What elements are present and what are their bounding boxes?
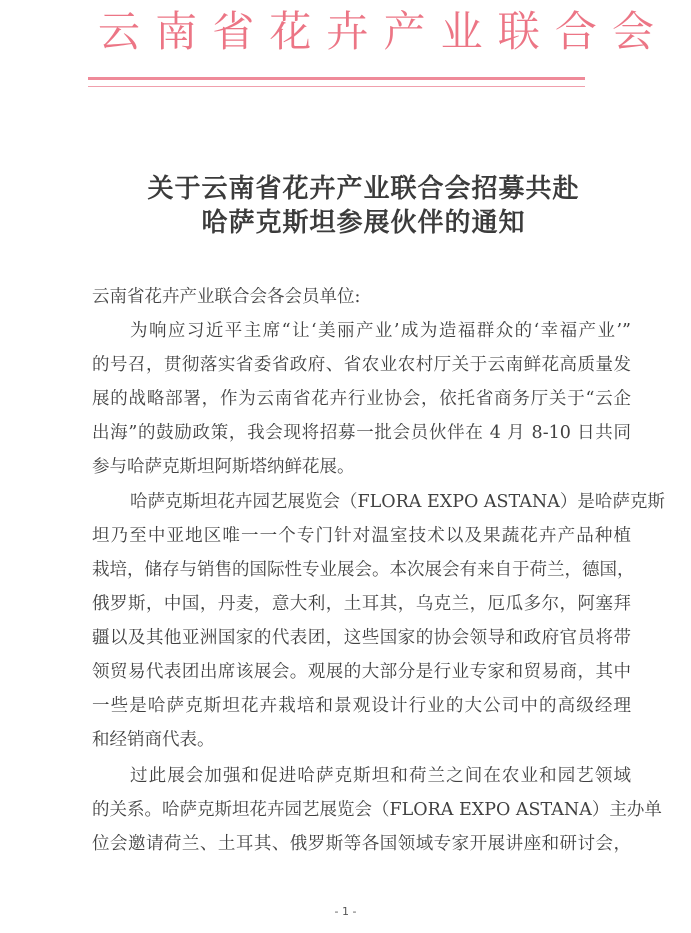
paragraph-1-line: 参与哈萨克斯坦阿斯塔纳鲜花展。 xyxy=(92,456,631,478)
paragraph-2-line: 疆以及其他亚洲国家的代表团，这些国家的协会领导和政府官员将带 xyxy=(92,627,631,649)
paragraph-1-line: 展的战略部署，作为云南省花卉行业协会，依托省商务厅关于“云企 xyxy=(92,388,631,410)
letterhead-char: 南 xyxy=(153,4,199,60)
letterhead-char: 会 xyxy=(610,4,656,60)
letterhead-char: 产 xyxy=(382,4,428,60)
paragraph-2-line: 一些是哈萨克斯坦花卉栽培和景观设计行业的大公司中的高级经理 xyxy=(92,695,631,717)
paragraph-3-line: 过此展会加强和促进哈萨克斯坦和荷兰之间在农业和园艺领域 xyxy=(130,765,631,787)
letterhead-char: 合 xyxy=(553,4,599,60)
paragraph-1-line: 的号召，贯彻落实省委省政府、省农业农村厅关于云南鲜花高质量发 xyxy=(92,354,631,376)
salutation: 云南省花卉产业联合会各会员单位: xyxy=(92,286,631,308)
document-title-line-2: 哈萨克斯坦参展伙伴的通知 xyxy=(0,202,691,239)
letterhead-char: 业 xyxy=(439,4,485,60)
letterhead-char: 省 xyxy=(210,4,256,60)
letterhead-char: 花 xyxy=(267,4,313,60)
paragraph-1-line: 出海”的鼓励政策，我会现将招募一批会员伙伴在 4 月 8-10 日共同 xyxy=(92,422,631,444)
paragraph-1-line: 为响应习近平主席“让‘美丽产业’成为造福群众的‘幸福产业’” xyxy=(130,320,631,342)
paragraph-2-line: 俄罗斯，中国，丹麦，意大利，土耳其，乌克兰，厄瓜多尔，阿塞拜 xyxy=(92,593,631,615)
paragraph-3-line: 的关系。哈萨克斯坦花卉园艺展览会（FLORA EXPO ASTANA）主办单 xyxy=(92,799,631,821)
paragraph-2-line: 栽培，储存与销售的国际性专业展会。本次展会有来自于荷兰，德国， xyxy=(92,559,631,581)
paragraph-2-line: 和经销商代表。 xyxy=(92,729,631,751)
paragraph-2-line: 领贸易代表团出席该展会。观展的大部分是行业专家和贸易商，其中 xyxy=(92,661,631,683)
letterhead-org-name: 云 南 省 花 卉 产 业 联 合 会 xyxy=(96,4,656,60)
document-title-line-1: 关于云南省花卉产业联合会招募共赴 xyxy=(0,168,691,205)
letterhead-divider-thick xyxy=(88,77,585,80)
paragraph-2-line: 坦乃至中亚地区唯一一个专门针对温室技术以及果蔬花卉产品种植 xyxy=(92,525,631,547)
paragraph-3-line: 位会邀请荷兰、土耳其、俄罗斯等各国领域专家开展讲座和研讨会， xyxy=(92,833,631,855)
letterhead-char: 卉 xyxy=(324,4,370,60)
letterhead-char: 云 xyxy=(96,4,142,60)
page-number: - 1 - xyxy=(0,905,691,918)
paragraph-2-line: 哈萨克斯坦花卉园艺展览会（FLORA EXPO ASTANA）是哈萨克斯 xyxy=(130,491,631,513)
letterhead-divider-thin xyxy=(88,86,585,87)
letterhead-char: 联 xyxy=(496,4,542,60)
